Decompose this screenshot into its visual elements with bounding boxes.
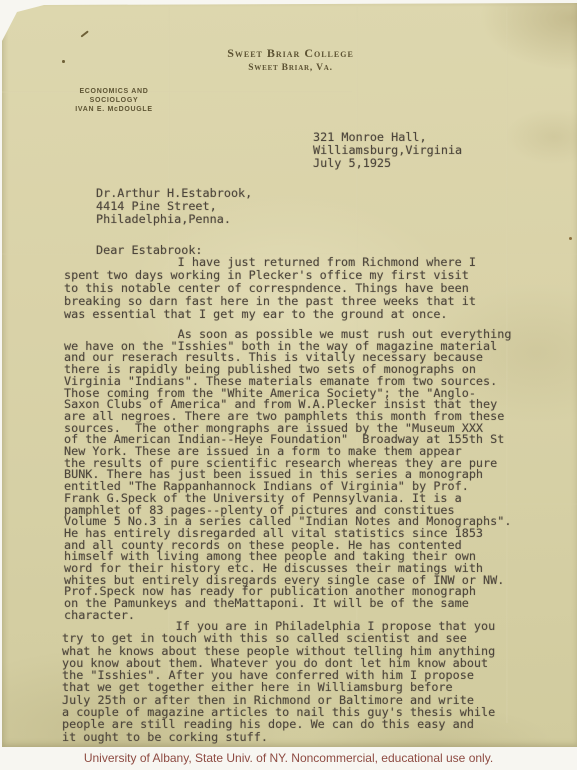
ink-speck-3 xyxy=(569,237,572,240)
letter-scan: Sweet Briar College Sweet Briar, Va. ECO… xyxy=(2,3,577,747)
body-paragraph-3: If you are in Philadelphia I propose tha… xyxy=(62,620,495,743)
fold-crease-horizontal-1 xyxy=(2,91,352,93)
body-paragraph-1: I have just returned from Richmond where… xyxy=(64,256,476,321)
department-stamp-line1: ECONOMICS AND SOCIOLOGY xyxy=(56,87,172,105)
recipient-address-block: Dr.Arthur H.Estabrook, 4414 Pine Street,… xyxy=(96,187,252,227)
copyright-credit: University of Albany, State Univ. of NY.… xyxy=(0,751,577,765)
letterhead: Sweet Briar College Sweet Briar, Va. xyxy=(2,46,577,73)
department-stamp: ECONOMICS AND SOCIOLOGY IVAN E. McDOUGLE xyxy=(56,87,172,114)
body-paragraph-2: As soon as possible we must rush out eve… xyxy=(64,329,511,622)
department-stamp-line2: IVAN E. McDOUGLE xyxy=(56,105,172,114)
letterhead-location: Sweet Briar, Va. xyxy=(2,63,577,73)
letterhead-college-name: Sweet Briar College xyxy=(2,46,577,61)
ink-speck-1 xyxy=(80,30,88,37)
sender-address-date-block: 321 Monroe Hall, Williamsburg,Virginia J… xyxy=(313,131,462,169)
